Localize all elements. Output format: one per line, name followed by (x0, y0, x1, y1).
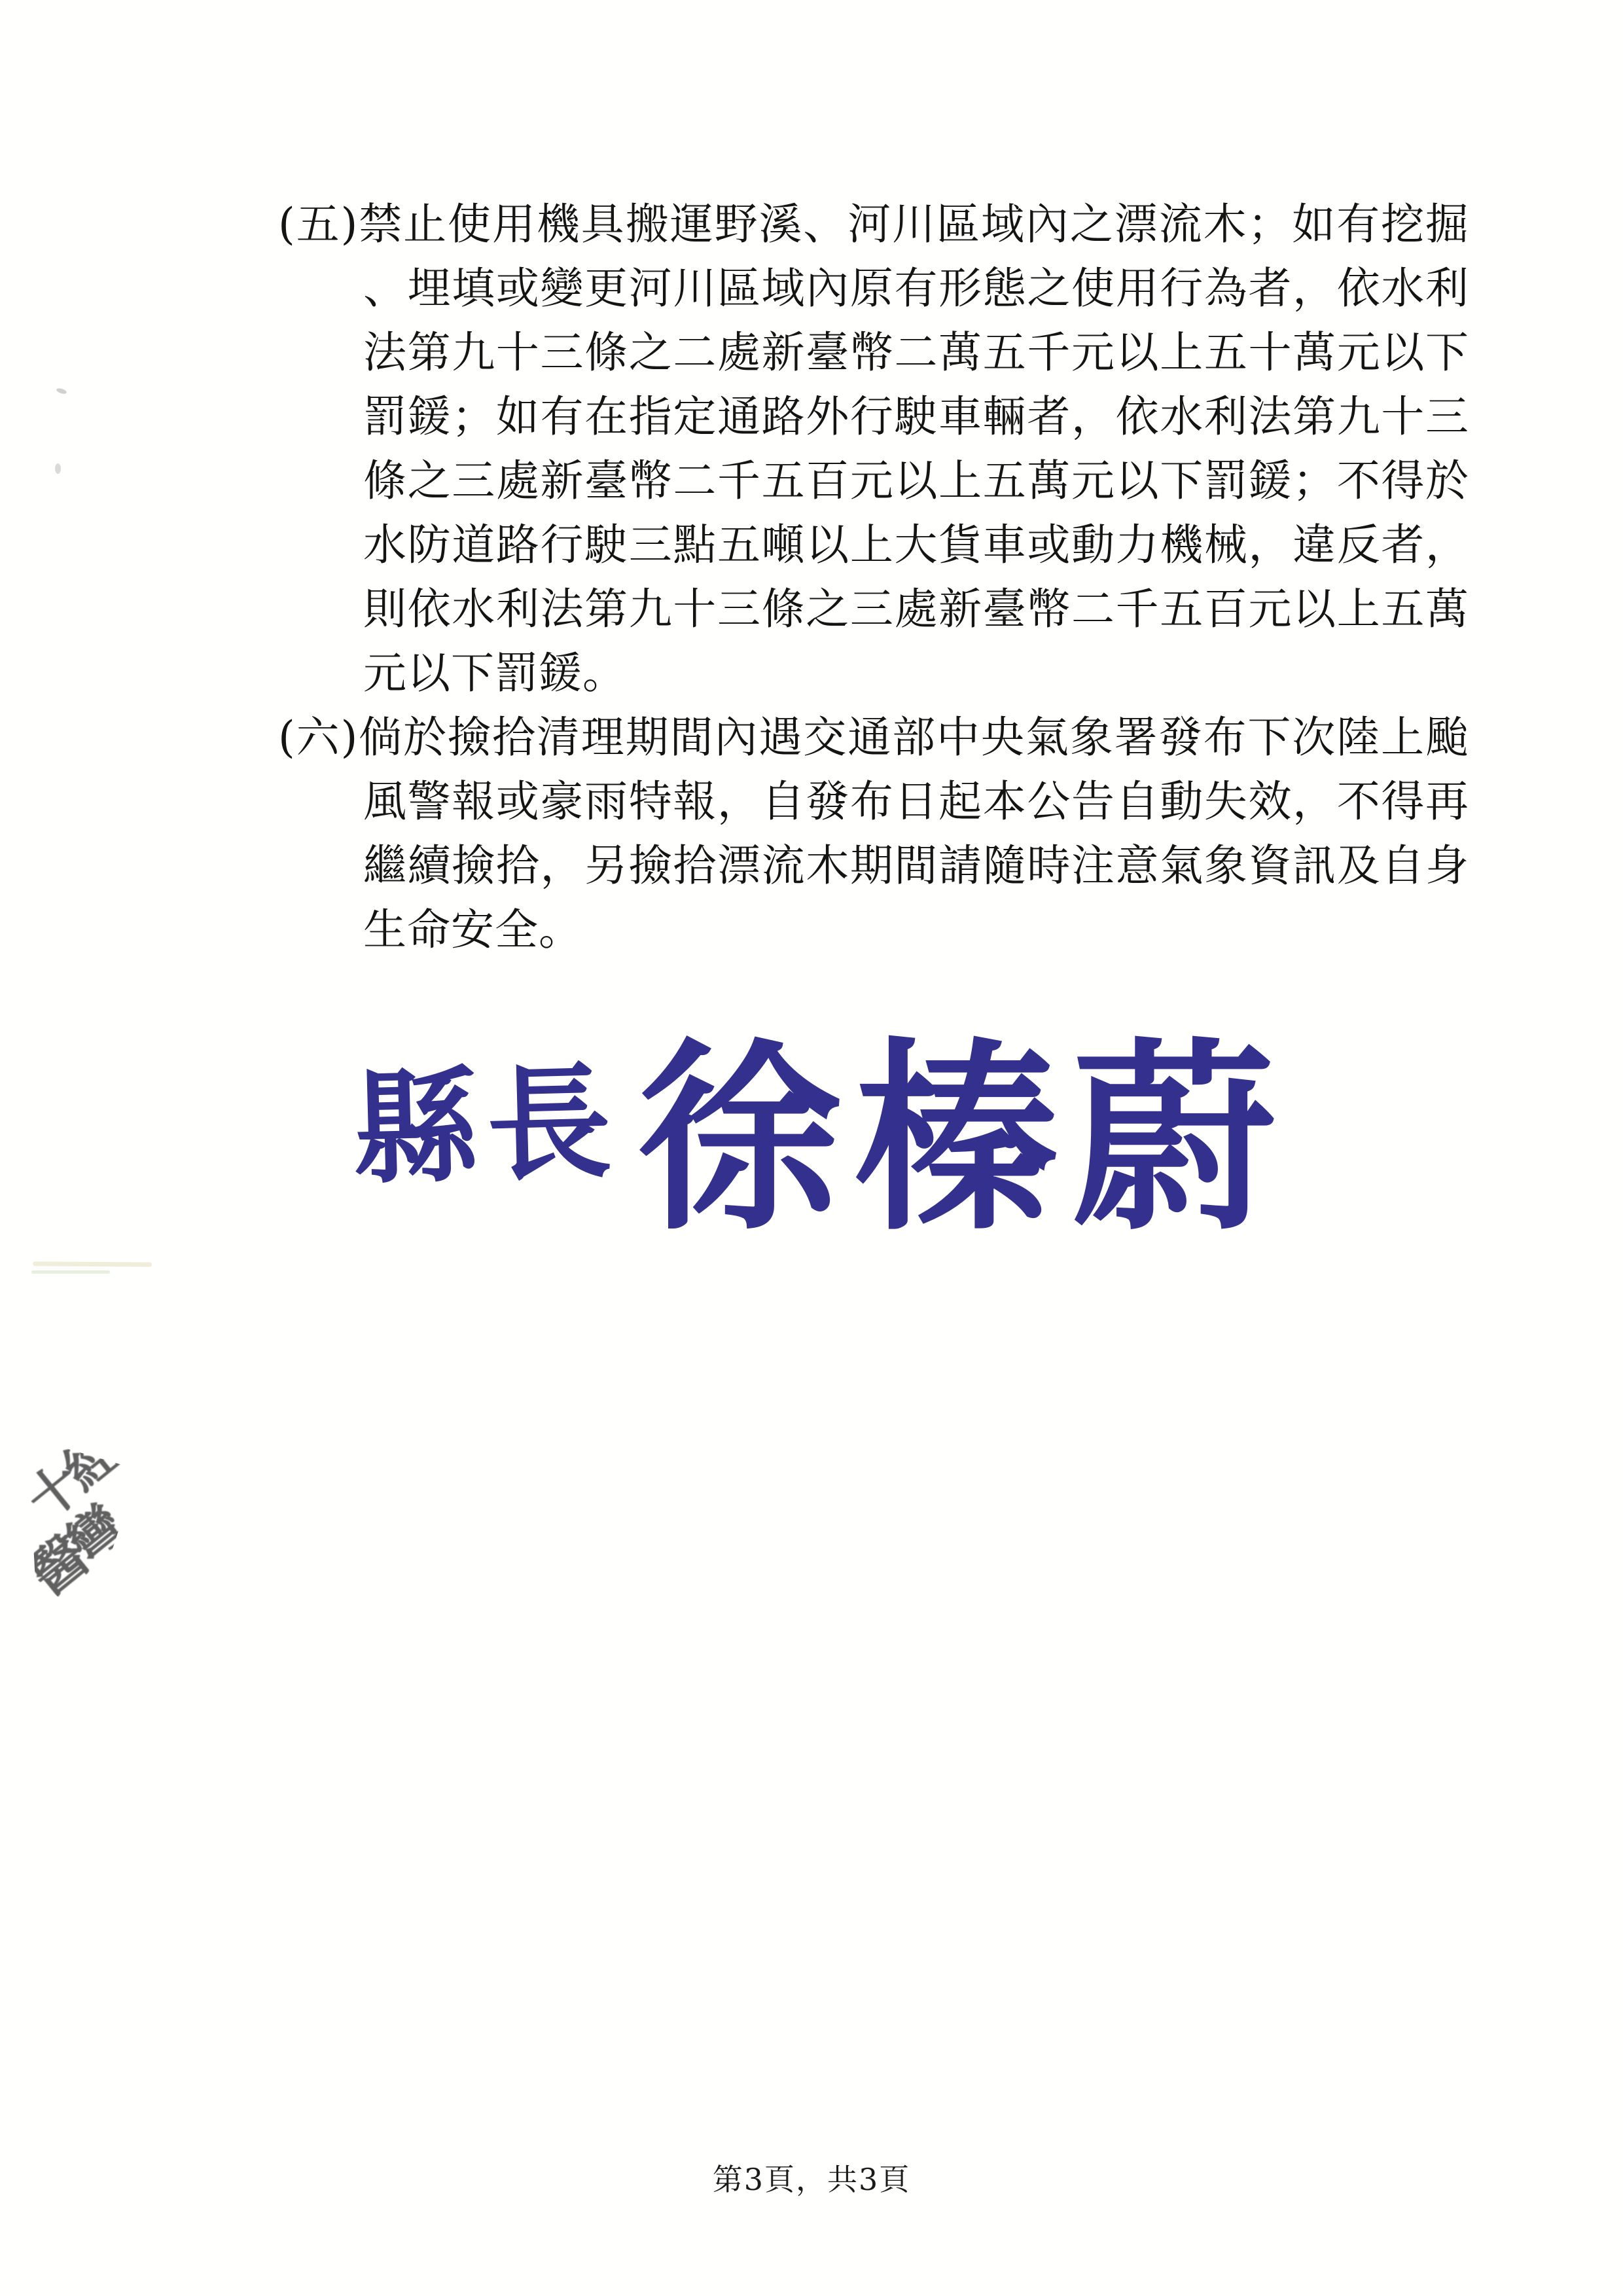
line-text: 條之三處新臺幣二千五百元以上五萬元以下罰鍰；不得於 (363, 456, 1469, 506)
item-marker: (五) (278, 199, 358, 249)
line-text: 則依水利法第九十三條之三處新臺幣二千五百元以上五萬 (363, 584, 1469, 634)
page-number: 第3頁，共3頁 (0, 2159, 1623, 2200)
scan-smudge (31, 1270, 110, 1274)
document-page: (五)禁止使用機具搬運野溪、河川區域內之漂流木；如有挖掘 、埋填或變更河川區域內… (0, 0, 1623, 2296)
body-line: 水防道路行駛三點五噸以上大貨車或動力機械，違反者， (363, 514, 1469, 577)
body-line: 條之三處新臺幣二千五百元以上五萬元以下罰鍰；不得於 (363, 450, 1469, 512)
line-text: 風警報或豪雨特報，自發布日起本公告自動失效，不得再 (363, 776, 1469, 827)
body-line: 、埋填或變更河川區域內原有形態之使用行為者，依水利 (363, 257, 1469, 320)
line-text: 法第九十三條之二處新臺幣二萬五千元以上五十萬元以下 (363, 327, 1469, 378)
signature-title: 縣長 (351, 1044, 622, 1208)
body-line: (五)禁止使用機具搬運野溪、河川區域內之漂流木；如有挖掘 (278, 193, 1469, 256)
body-line: 生命安全。 (363, 899, 1469, 961)
item-marker: (六) (278, 712, 358, 762)
body-line: 風警報或豪雨特報，自發布日起本公告自動失效，不得再 (363, 770, 1469, 833)
line-text: 禁止使用機具搬運野溪、河川區域內之漂流木；如有挖掘 (358, 199, 1469, 249)
body-line: 法第九十三條之二處新臺幣二萬五千元以上五十萬元以下 (363, 321, 1469, 384)
line-text: 生命安全。 (363, 905, 582, 955)
body-line: 繼續撿拾，另撿拾漂流木期間請隨時注意氣象資訊及自身 (363, 834, 1469, 897)
line-text: 、埋填或變更河川區域內原有形態之使用行為者，依水利 (363, 263, 1469, 314)
stamp-fragment: 十經 醫彎 (16, 1429, 149, 1614)
line-text: 水防道路行駛三點五噸以上大貨車或動力機械，違反者， (363, 520, 1469, 570)
scan-speck (55, 463, 61, 474)
body-line: 罰鍰；如有在指定通路外行駛車輛者，依水利法第九十三 (363, 386, 1469, 448)
body-line: 則依水利法第九十三條之三處新臺幣二千五百元以上五萬 (363, 578, 1469, 641)
scan-smudge (33, 1261, 152, 1266)
line-text: 元以下罰鍰。 (363, 648, 626, 698)
line-text: 倘於撿拾清理期間內遇交通部中央氣象署發布下次陸上颱 (358, 712, 1469, 762)
line-text: 繼續撿拾，另撿拾漂流木期間請隨時注意氣象資訊及自身 (363, 840, 1469, 891)
body-line: 元以下罰鍰。 (363, 642, 1469, 705)
scan-speck (56, 387, 67, 395)
line-text: 罰鍰；如有在指定通路外行駛車輛者，依水利法第九十三 (363, 391, 1469, 442)
body-line: (六)倘於撿拾清理期間內遇交通部中央氣象署發布下次陸上颱 (278, 706, 1469, 769)
signature-name: 徐榛蔚 (638, 1001, 1290, 1276)
